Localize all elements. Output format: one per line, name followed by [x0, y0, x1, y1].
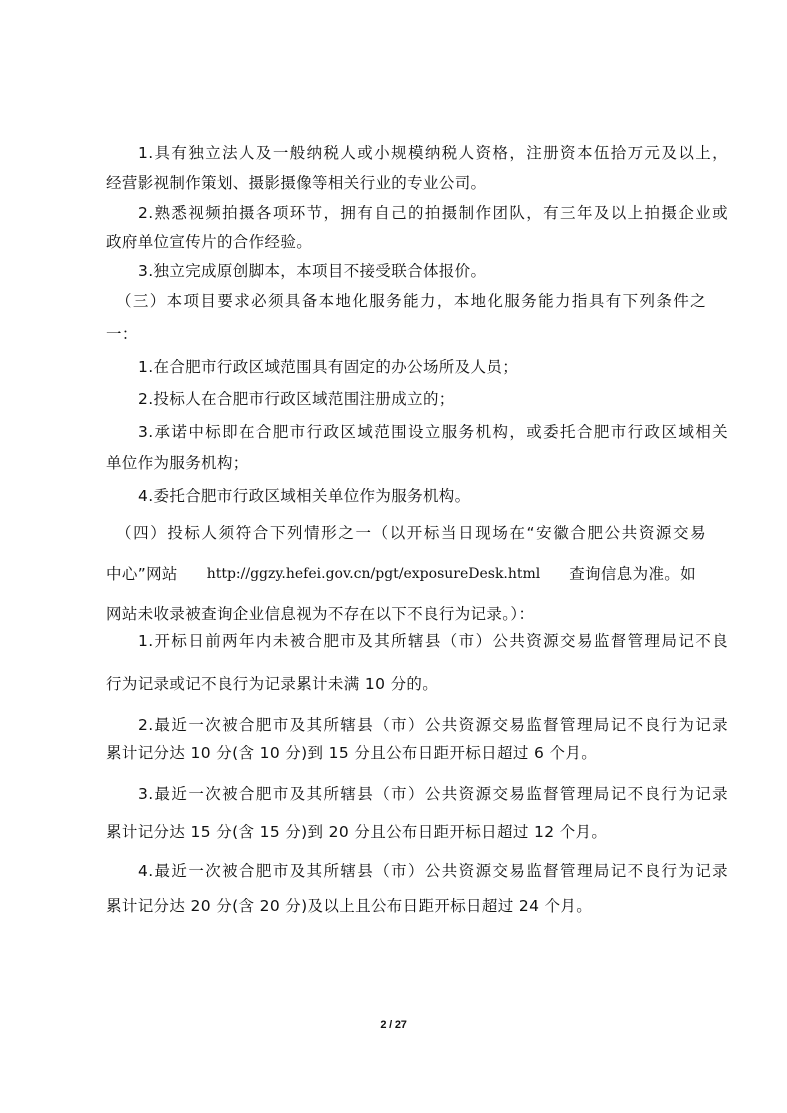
local-service-item-3-line-1: 3.承诺中标即在合肥市行政区域范围设立服务机构，或委托合肥市行政区域相关	[138, 421, 728, 443]
requirement-2-line-2: 政府单位宣传片的合作经验。	[106, 231, 696, 253]
bad-record-item-3-line-1: 3.最近一次被合肥市及其所辖县（市）公共资源交易监督管理局记不良行为记录	[138, 783, 728, 805]
local-service-item-4: 4.委托合肥市行政区域相关单位作为服务机构。	[138, 485, 728, 507]
section-three-heading-line-2: 一：	[106, 323, 696, 345]
requirement-3-line-1: 3.独立完成原创脚本，本项目不接受联合体报价。	[138, 260, 728, 282]
section-four-heading-line-1: （四）投标人须符合下列情形之一（以开标当日现场在“安徽合肥公共资源交易	[116, 522, 706, 544]
requirement-2-line-1: 2.熟悉视频拍摄各项环节，拥有自己的拍摄制作团队，有三年及以上拍摄企业或	[138, 202, 728, 224]
section-four-heading-line-2: 中心”网站 http://ggzy.hefei.gov.cn/pgt/expos…	[106, 563, 696, 585]
heading-line-2-suffix: 查询信息为准。如	[569, 563, 696, 585]
exposure-desk-url: http://ggzy.hefei.gov.cn/pgt/exposureDes…	[207, 563, 541, 585]
section-three-heading-line-1: （三）本项目要求必须具备本地化服务能力，本地化服务能力指具有下列条件之	[116, 290, 706, 312]
bad-record-item-4-line-1: 4.最近一次被合肥市及其所辖县（市）公共资源交易监督管理局记不良行为记录	[138, 860, 728, 882]
requirement-1-line-1: 1.具有独立法人及一般纳税人或小规模纳税人资格，注册资本伍拾万元及以上，	[138, 142, 728, 164]
local-service-item-3-line-2: 单位作为服务机构；	[106, 452, 696, 474]
document-page: 1.具有独立法人及一般纳税人或小规模纳税人资格，注册资本伍拾万元及以上， 经营影…	[0, 0, 787, 1113]
bad-record-item-2-line-2: 累计记分达 10 分(含 10 分)到 15 分且公布日距开标日超过 6 个月。	[106, 742, 696, 764]
bad-record-item-1-line-1: 1.开标日前两年内未被合肥市及其所辖县（市）公共资源交易监督管理局记不良	[138, 630, 728, 652]
local-service-item-2: 2.投标人在合肥市行政区域范围注册成立的；	[138, 388, 728, 410]
bad-record-item-4-line-2: 累计记分达 20 分(含 20 分)及以上且公布日距开标日超过 24 个月。	[106, 895, 696, 917]
bad-record-item-1-line-2: 行为记录或记不良行为记录累计未满 10 分的。	[106, 673, 696, 695]
bad-record-item-2-line-1: 2.最近一次被合肥市及其所辖县（市）公共资源交易监督管理局记不良行为记录	[138, 714, 728, 736]
page-number: 2 / 27	[0, 1019, 787, 1031]
bad-record-item-3-line-2: 累计记分达 15 分(含 15 分)到 20 分且公布日距开标日超过 12 个月…	[106, 821, 696, 843]
heading-line-2-prefix: 中心”网站	[106, 563, 178, 585]
requirement-1-line-2: 经营影视制作策划、摄影摄像等相关行业的专业公司。	[106, 172, 696, 194]
section-four-heading-line-3: 网站未收录被查询企业信息视为不存在以下不良行为记录。）：	[106, 603, 696, 625]
local-service-item-1: 1.在合肥市行政区域范围具有固定的办公场所及人员；	[138, 356, 728, 378]
